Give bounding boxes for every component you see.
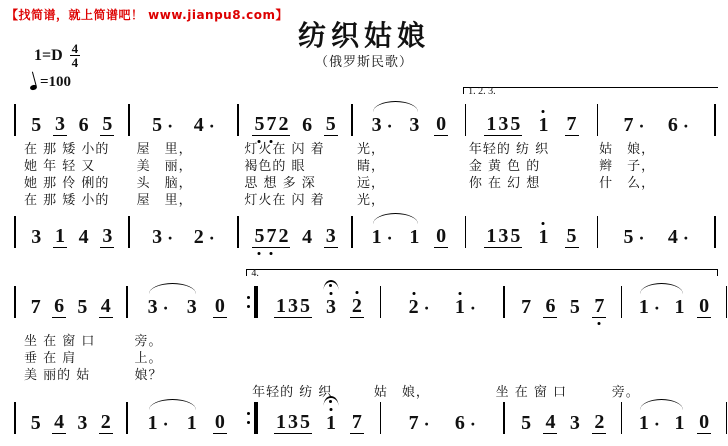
lyric-cell xyxy=(242,351,364,368)
note: 2· xyxy=(407,297,432,318)
note: 3 xyxy=(53,114,67,136)
measure-notes: 7654 xyxy=(16,296,127,318)
note: 5 xyxy=(509,226,521,247)
octave-dot-below xyxy=(258,252,261,255)
augmentation-dot: · xyxy=(470,298,476,318)
measure: 1·10 xyxy=(353,214,465,248)
note-digit: 4 xyxy=(545,411,555,433)
measure-notes: 3143 xyxy=(16,226,129,248)
lyric-cell: 什 么， xyxy=(589,176,705,193)
note: 3· xyxy=(146,297,171,318)
tempo-value: =100 xyxy=(40,74,71,91)
sheet-music-page: 【找简谱，就上简谱吧！ www.jianpu8.com】 纺织姑娘 （俄罗斯民歌… xyxy=(0,0,728,446)
lyric-cell xyxy=(602,368,705,385)
measure: 57265 xyxy=(239,102,352,136)
notation-line-1: 53655·4·572653·30135177·6·1. 2. 3. xyxy=(14,102,718,136)
rest-note: 0 xyxy=(434,226,448,248)
note-digit: 1 xyxy=(486,225,496,247)
note-digit: 5 xyxy=(510,113,520,135)
note: 2 xyxy=(277,114,289,135)
notation-line-4: 54321·10135177·6·54321·10 xyxy=(14,400,718,434)
measure: 5432 xyxy=(505,400,621,434)
measure-notes: 57265 xyxy=(239,114,352,136)
note-digit: 1 xyxy=(538,114,548,136)
octave-dot-above xyxy=(542,110,545,113)
lyrics-verse-row: 她 年 轻 又美 丽，褐色的 眼睛，金 黄 色 的辫 子， xyxy=(14,159,718,176)
note-digit: 1 xyxy=(486,113,496,135)
lyric-cell: 头 脑， xyxy=(127,176,235,193)
note-digit: 3 xyxy=(102,225,112,247)
note-digit: 1 xyxy=(276,411,286,433)
note-digit: 5 xyxy=(623,226,633,248)
lyric-cell: 光， xyxy=(347,142,459,159)
note-digit: 2 xyxy=(278,113,288,135)
note-digit: 7 xyxy=(266,225,276,247)
repeat-dots xyxy=(245,286,252,318)
note: 6 xyxy=(300,115,314,136)
measure-notes: 3·30 xyxy=(353,114,465,136)
lyric-cell: 旁。 xyxy=(125,334,243,351)
measure: 1·10 xyxy=(128,400,246,434)
time-denominator: 4 xyxy=(70,56,81,69)
lyrics-block-1: 在 那 矮 小的屋 里，灯火在 闪 着光，年轻的 纺 织姑 娘，她 年 轻 又美… xyxy=(14,142,718,210)
note: 3 xyxy=(324,226,338,248)
note: 1· xyxy=(453,297,478,318)
note-digit: 0 xyxy=(699,411,709,433)
lyric-cell xyxy=(242,368,364,385)
measure-notes: 5432 xyxy=(16,412,127,434)
measure-notes: 1·10 xyxy=(622,296,725,318)
lyrics-verse-row: 垂 在 肩上。 xyxy=(14,351,718,368)
note: 5 xyxy=(568,297,582,318)
lyrics-verse-row: 她 那 伶 俐的头 脑，思 想 多 深远，你 在 幻 想什 么， xyxy=(14,176,718,193)
note-digit: 4 xyxy=(54,411,64,433)
note-group: 135 xyxy=(274,296,312,318)
augmentation-dot: · xyxy=(638,116,644,136)
lyric-cell: 娘？ xyxy=(125,368,243,385)
note-digit: 4 xyxy=(194,114,204,136)
note-digit: 7 xyxy=(623,114,633,136)
note: 4 xyxy=(77,227,91,248)
measure: 13517 xyxy=(466,102,596,136)
lyric-cell: 屋 里， xyxy=(127,142,235,159)
note: 1 xyxy=(673,413,687,434)
measure-notes: 1·10 xyxy=(128,412,246,434)
note: 5 xyxy=(75,297,89,318)
lyric-cell: 坐 在 窗 口 xyxy=(14,334,125,351)
lyrics-verse-row: 美 丽的 姑娘？ xyxy=(14,368,718,385)
note: 7 xyxy=(265,226,277,247)
measure-notes: 5·4· xyxy=(598,227,714,248)
note-digit: 7 xyxy=(567,113,577,135)
note-digit: 4 xyxy=(101,295,111,317)
volta-label: 1. 2. 3. xyxy=(468,87,496,97)
note: 1 xyxy=(485,226,497,247)
note-digit: 7 xyxy=(31,296,41,318)
note-digit: 2 xyxy=(278,225,288,247)
note: 7 xyxy=(29,297,43,318)
note: 3 xyxy=(287,412,299,433)
augmentation-dot: · xyxy=(163,414,169,434)
notation-row: 54321·10135177·6·54321·10 xyxy=(14,400,718,434)
lyric-cell: 她 年 轻 又 xyxy=(14,159,127,176)
note: 3 xyxy=(407,115,421,136)
note-digit: 5 xyxy=(326,113,336,135)
note: 3 xyxy=(75,413,89,434)
augmentation-dot: · xyxy=(163,298,169,318)
note-digit: 3 xyxy=(409,114,419,136)
measure: 5·4· xyxy=(598,214,714,248)
note: 5 xyxy=(253,226,265,247)
note-digit: 5 xyxy=(521,412,531,434)
measure-notes: 5·4· xyxy=(130,115,238,136)
note: 1 xyxy=(275,296,287,317)
note-group: 135 xyxy=(274,412,312,434)
note-digit: 5 xyxy=(510,225,520,247)
note-digit: 1 xyxy=(326,412,336,434)
note: 3 xyxy=(497,226,509,247)
augmentation-dot: · xyxy=(209,228,215,248)
note-group: 135 xyxy=(484,114,522,136)
notation-row: 76543·30135322·1·76571·104. xyxy=(14,284,718,318)
measure-notes: 7·6· xyxy=(598,115,714,136)
note-digit: 3 xyxy=(77,412,87,434)
octave-dot-above xyxy=(329,408,332,411)
augmentation-dot: · xyxy=(167,116,173,136)
augmentation-dot: · xyxy=(638,228,644,248)
measure: 1·10 xyxy=(622,400,725,434)
octave-dot-above xyxy=(355,291,358,294)
note-digit: 3 xyxy=(498,113,508,135)
notation-row: 53655·4·572653·30135177·6·1. 2. 3. xyxy=(14,102,718,136)
lyric-cell xyxy=(486,351,602,368)
song-title: 纺织姑娘 xyxy=(0,14,728,54)
note: 6 xyxy=(52,296,66,318)
note-digit: 6 xyxy=(302,114,312,136)
fermata-icon xyxy=(323,280,338,290)
measure-notes: 1·10 xyxy=(353,226,465,248)
note-digit: 1 xyxy=(675,296,685,318)
lyric-cell: 灯火在 闪 着 xyxy=(234,142,347,159)
measure: 7·6· xyxy=(598,102,714,136)
measure: 13517 xyxy=(258,400,380,434)
note: 6· xyxy=(666,115,691,136)
augmentation-dot: · xyxy=(683,116,689,136)
note-digit: 2 xyxy=(352,295,362,317)
lyric-cell xyxy=(602,351,705,368)
lyric-cell: 灯火在 闪 着 xyxy=(234,193,347,210)
note: 5 xyxy=(519,413,533,434)
notation-line-2: 31433·2·572431·10135155·4· xyxy=(14,214,718,248)
key-tonic: 1=D xyxy=(34,47,63,65)
note-digit: 5 xyxy=(567,225,577,247)
barline xyxy=(714,216,716,248)
augmentation-dot: · xyxy=(470,414,476,434)
volta-bracket: 4. xyxy=(246,269,718,276)
note-digit: 0 xyxy=(436,113,446,135)
note: 5 xyxy=(253,114,265,135)
note: 4 xyxy=(99,296,113,318)
measure: 3·30 xyxy=(128,284,246,318)
note-digit: 5 xyxy=(31,412,41,434)
note: 5 xyxy=(299,296,311,317)
note-digit: 0 xyxy=(699,295,709,317)
note: 3 xyxy=(497,114,509,135)
note: 1· xyxy=(370,227,395,248)
note-digit: 5 xyxy=(300,295,310,317)
augmentation-dot: · xyxy=(387,116,393,136)
note-digit: 3 xyxy=(288,411,298,433)
note-digit: 5 xyxy=(31,114,41,136)
rest-note: 0 xyxy=(213,412,227,434)
lyric-cell: 思 想 多 深 xyxy=(234,176,347,193)
note-digit: 5 xyxy=(300,411,310,433)
note: 1 xyxy=(673,297,687,318)
measure: 7·6· xyxy=(381,400,503,434)
measure: 1·10 xyxy=(622,284,725,318)
measure: 3·2· xyxy=(130,214,238,248)
measure-notes: 1·10 xyxy=(622,412,725,434)
octave-dot-above xyxy=(329,292,332,295)
note-digit: 1 xyxy=(538,226,548,248)
measure-notes: 13517 xyxy=(258,412,380,434)
lyric-cell xyxy=(364,368,486,385)
time-numerator: 4 xyxy=(70,42,81,56)
notation-row: 31433·2·572431·10135155·4· xyxy=(14,214,718,248)
lyric-cell: 在 那 矮 小的 xyxy=(14,142,127,159)
tempo-marking: =100 xyxy=(30,74,71,91)
lyric-cell xyxy=(459,193,589,210)
rest-note: 0 xyxy=(213,296,227,318)
lyric-cell xyxy=(242,334,364,351)
lyric-cell: 屋 里， xyxy=(127,193,235,210)
note: 1· xyxy=(637,297,662,318)
note: 3 xyxy=(568,413,582,434)
measure-notes: 5365 xyxy=(16,114,129,136)
measure: 5·4· xyxy=(130,102,238,136)
measure-notes: 7·6· xyxy=(381,413,503,434)
note: 1 xyxy=(185,413,199,434)
note: 5 xyxy=(324,114,338,136)
note: 2 xyxy=(592,412,606,434)
note-digit: 6 xyxy=(545,295,555,317)
note: 7 xyxy=(265,114,277,135)
note-digit: 3 xyxy=(570,412,580,434)
measure-notes: 3·2· xyxy=(130,227,238,248)
note: 7 xyxy=(519,297,533,318)
note-digit: 1 xyxy=(639,296,649,318)
slur-arc xyxy=(149,283,196,294)
repeat-dots xyxy=(245,402,252,434)
note: 2· xyxy=(192,227,217,248)
note: 3· xyxy=(370,115,395,136)
slur-arc xyxy=(149,399,196,410)
lyric-cell: 睛， xyxy=(347,159,459,176)
slur-arc xyxy=(640,283,683,294)
measure: 13515 xyxy=(466,214,596,248)
key-signature: 1=D 4 4 xyxy=(34,42,80,69)
note: 3 xyxy=(324,297,338,318)
augmentation-dot: · xyxy=(654,298,660,318)
note: 7 xyxy=(350,412,364,434)
measure: 5432 xyxy=(16,400,127,434)
note-digit: 7 xyxy=(521,296,531,318)
note: 7 xyxy=(565,114,579,136)
octave-dot-below xyxy=(598,322,601,325)
note-group: 572 xyxy=(252,114,290,136)
note-digit: 1 xyxy=(409,226,419,248)
lyric-cell: 金 黄 色 的 xyxy=(459,159,589,176)
measure: 7657 xyxy=(505,284,621,318)
note-digit: 1 xyxy=(187,412,197,434)
note-digit: 1 xyxy=(276,295,286,317)
note: 5 xyxy=(29,413,43,434)
note: 5· xyxy=(150,115,175,136)
note: 1· xyxy=(146,413,171,434)
augmentation-dot: · xyxy=(387,228,393,248)
note-digit: 3 xyxy=(31,226,41,248)
measure-notes: 13532 xyxy=(258,296,380,318)
note: 1 xyxy=(53,226,67,248)
lyric-cell: 年轻的 纺 织 xyxy=(459,142,589,159)
augmentation-dot: · xyxy=(683,228,689,248)
note: 3 xyxy=(100,226,114,248)
measure-notes: 13517 xyxy=(466,114,596,136)
lyric-cell xyxy=(364,351,486,368)
lyric-cell: 上。 xyxy=(125,351,243,368)
note-digit: 2 xyxy=(594,411,604,433)
note: 2 xyxy=(277,226,289,247)
note-group: 572 xyxy=(252,226,290,248)
octave-dot-above xyxy=(412,292,415,295)
augmentation-dot: · xyxy=(209,116,215,136)
lyric-cell: 远， xyxy=(347,176,459,193)
note-digit: 5 xyxy=(152,114,162,136)
lyrics-verse-row: 在 那 矮 小的屋 里，灯火在 闪 着光，年轻的 纺 织姑 娘， xyxy=(14,142,718,159)
note-digit: 5 xyxy=(254,113,264,135)
lyric-cell: 美 丽， xyxy=(127,159,235,176)
note: 6· xyxy=(453,413,478,434)
note: 5 xyxy=(29,115,43,136)
note-digit: 3 xyxy=(187,296,197,318)
lyrics-block-2: 坐 在 窗 口旁。垂 在 肩上。美 丽的 姑娘？年轻的 纺 织姑 娘，坐 在 窗… xyxy=(14,334,718,402)
note-group: 135 xyxy=(484,226,522,248)
lyric-cell: 在 那 矮 小的 xyxy=(14,193,127,210)
slur-arc xyxy=(640,399,683,410)
barline xyxy=(726,286,728,318)
measure: 7654 xyxy=(16,284,127,318)
measure: 3·30 xyxy=(353,102,465,136)
note-digit: 0 xyxy=(436,225,446,247)
note: 1 xyxy=(536,115,550,136)
measure-notes: 13515 xyxy=(466,226,596,248)
barline xyxy=(726,402,728,434)
note: 5 xyxy=(299,412,311,433)
time-signature: 4 4 xyxy=(70,42,81,69)
rest-note: 0 xyxy=(434,114,448,136)
song-subtitle: （俄罗斯民歌） xyxy=(0,51,728,70)
note: 5 xyxy=(509,114,521,135)
note-digit: 3 xyxy=(498,225,508,247)
note: 6 xyxy=(77,115,91,136)
measure-notes: 3·30 xyxy=(128,296,246,318)
measure: 13532 xyxy=(258,284,380,318)
note: 6 xyxy=(543,296,557,318)
note: 5· xyxy=(621,227,646,248)
lyrics-verse-row: 在 那 矮 小的屋 里，灯火在 闪 着光， xyxy=(14,193,718,210)
rest-note: 0 xyxy=(697,412,711,434)
note: 2 xyxy=(99,412,113,434)
slur-arc xyxy=(373,101,418,112)
note: 4· xyxy=(666,227,691,248)
note-digit: 7 xyxy=(266,113,276,135)
quarter-note-icon xyxy=(29,84,37,91)
measure-notes: 2·1· xyxy=(381,297,503,318)
note: 2 xyxy=(350,296,364,318)
augmentation-dot: · xyxy=(424,298,430,318)
note: 5 xyxy=(100,114,114,136)
slur-arc xyxy=(373,213,418,224)
note-digit: 0 xyxy=(215,411,225,433)
note-digit: 3 xyxy=(152,226,162,248)
note-digit: 4 xyxy=(302,226,312,248)
lyric-cell: 她 那 伶 俐的 xyxy=(14,176,127,193)
measure-notes: 5432 xyxy=(505,412,621,434)
note-digit: 3 xyxy=(148,296,158,318)
lyric-cell xyxy=(602,334,705,351)
note-digit: 3 xyxy=(372,114,382,136)
note-digit: 1 xyxy=(148,412,158,434)
notation-line-3: 76543·30135322·1·76571·104. xyxy=(14,284,718,318)
lyric-cell xyxy=(486,334,602,351)
note-digit: 3 xyxy=(55,113,65,135)
lyric-cell: 辫 子， xyxy=(589,159,705,176)
note-digit: 7 xyxy=(409,412,419,434)
note-digit: 3 xyxy=(326,225,336,247)
note-digit: 1 xyxy=(372,226,382,248)
augmentation-dot: · xyxy=(654,414,660,434)
note-digit: 3 xyxy=(326,296,336,318)
augmentation-dot: · xyxy=(167,228,173,248)
note: 7· xyxy=(407,413,432,434)
volta-label: 4. xyxy=(251,269,259,279)
note-digit: 2 xyxy=(101,411,111,433)
octave-dot-above xyxy=(458,292,461,295)
lyric-cell: 褐色的 眼 xyxy=(234,159,347,176)
note: 1 xyxy=(536,227,550,248)
lyrics-verse-row: 坐 在 窗 口旁。 xyxy=(14,334,718,351)
note: 4 xyxy=(52,412,66,434)
measure-notes: 7657 xyxy=(505,296,621,318)
note: 3 xyxy=(185,297,199,318)
note-digit: 5 xyxy=(102,113,112,135)
octave-dot-above xyxy=(542,222,545,225)
note-digit: 1 xyxy=(639,412,649,434)
rest-note: 0 xyxy=(697,296,711,318)
note: 1 xyxy=(407,227,421,248)
note: 5 xyxy=(565,226,579,248)
note-digit: 7 xyxy=(352,411,362,433)
note: 1 xyxy=(275,412,287,433)
lyric-cell: 光， xyxy=(347,193,459,210)
measure-notes: 57243 xyxy=(239,226,352,248)
measure: 3143 xyxy=(16,214,129,248)
note-digit: 4 xyxy=(668,226,678,248)
note-digit: 2 xyxy=(194,226,204,248)
note: 7 xyxy=(592,296,606,318)
note-digit: 1 xyxy=(55,225,65,247)
note-digit: 5 xyxy=(570,296,580,318)
